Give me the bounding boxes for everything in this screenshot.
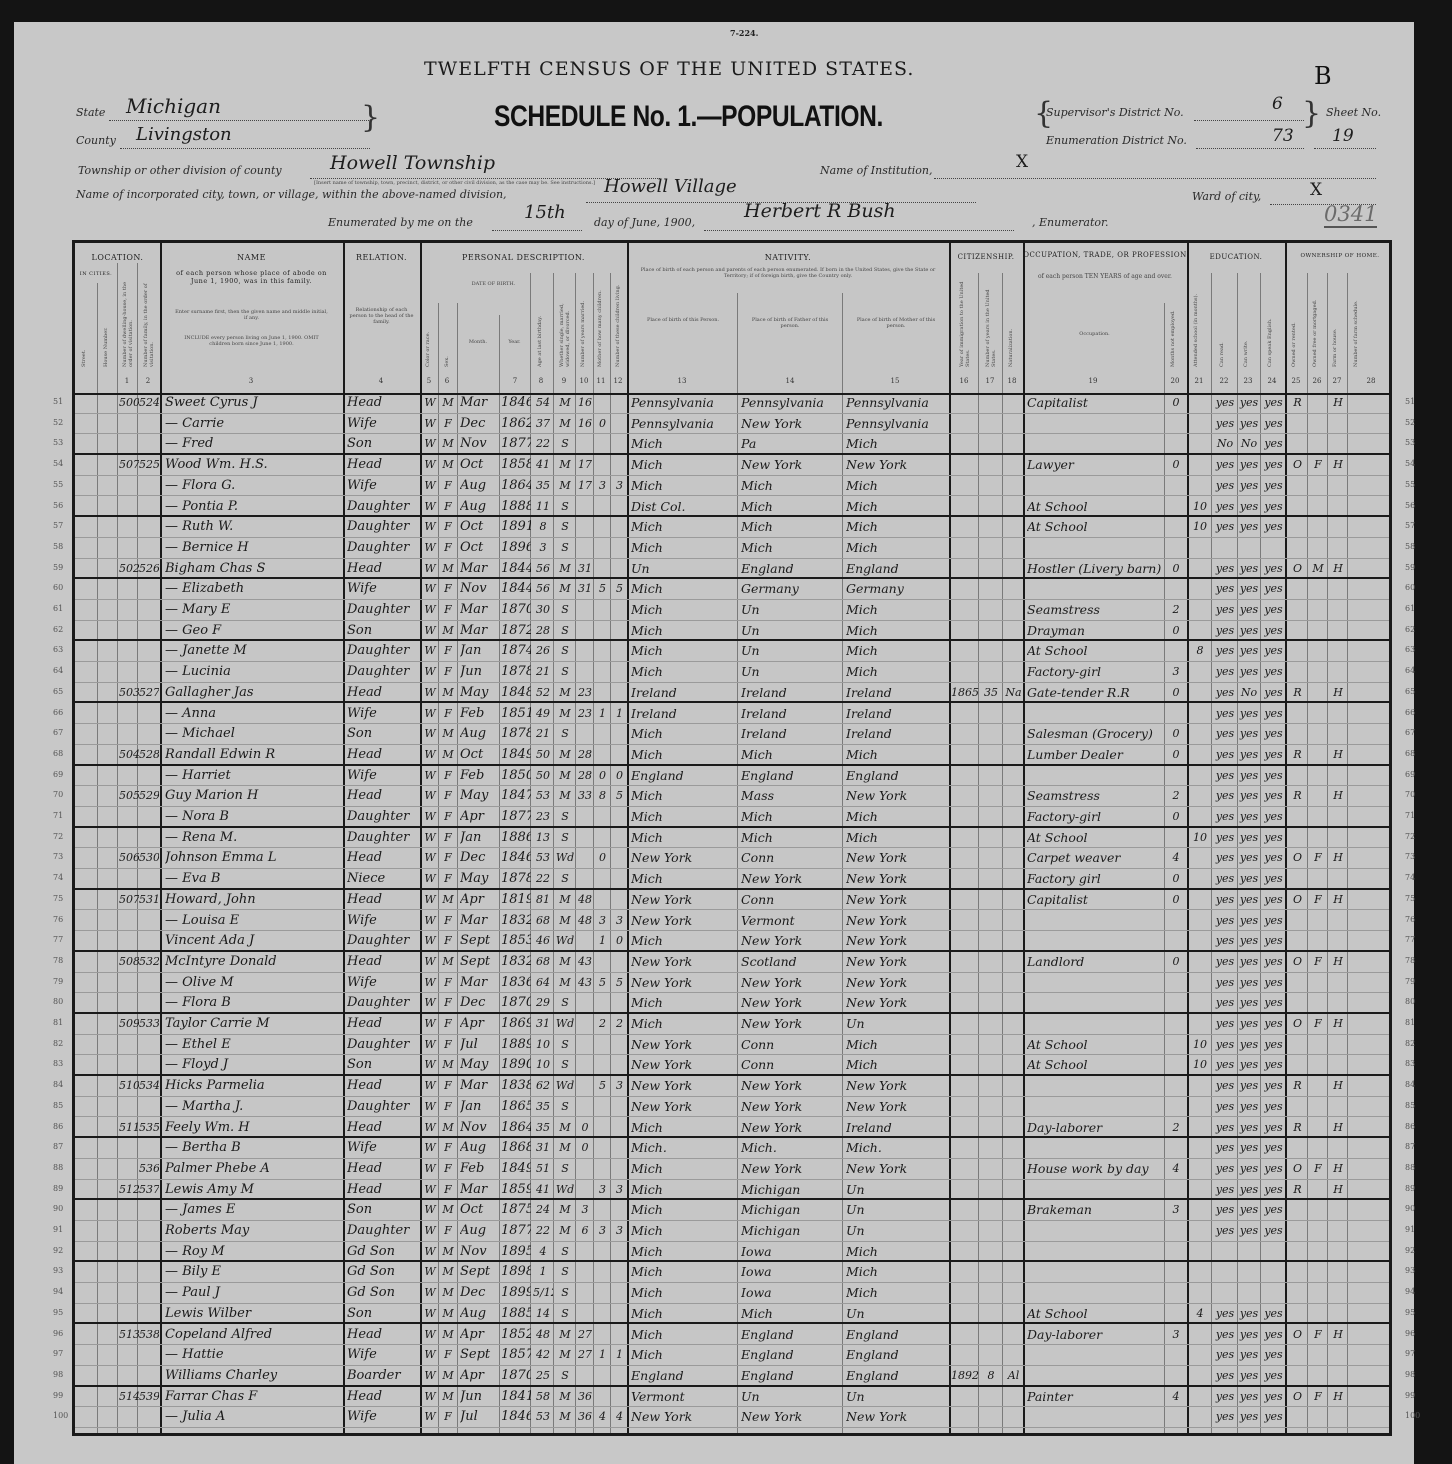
- table-row: — Bily EGd SonWMSept18981SMichIowaMich93…: [75, 1262, 1389, 1283]
- birthplace-person-cell: Mich: [631, 663, 737, 680]
- months-school-cell: 4: [1189, 1305, 1211, 1322]
- line-number: 92: [1405, 1246, 1415, 1255]
- person-name-cell: Williams Charley: [165, 1367, 341, 1384]
- family-number-cell: 525: [139, 456, 159, 473]
- line-number-left: 100: [53, 1411, 68, 1420]
- can-read-cell: yes: [1213, 394, 1237, 411]
- birth-month-cell: Sept: [460, 953, 498, 970]
- mother-of-children-cell: 0: [595, 767, 610, 784]
- sex-cell: F: [441, 912, 455, 929]
- table-row: 500524Sweet Cyrus JHeadWMMar184654M16Pen…: [75, 393, 1389, 414]
- birthplace-father-cell: Mass: [741, 787, 841, 804]
- line-number: 80: [1405, 997, 1415, 1006]
- table-row: 507531Howard, JohnHeadWMApr181981M48New …: [75, 890, 1389, 911]
- birthplace-person-cell: Pennsylvania: [631, 415, 737, 432]
- relation-cell: Head: [347, 456, 419, 473]
- sex-cell: M: [441, 1305, 455, 1322]
- birthplace-mother-cell: Mich: [846, 663, 949, 680]
- marital-status-cell: M: [555, 580, 575, 597]
- birthplace-person-cell: Mich: [631, 932, 737, 949]
- can-write-cell: yes: [1238, 1036, 1260, 1053]
- column-number: 11: [593, 377, 609, 385]
- birth-month-cell: Apr: [460, 1367, 498, 1384]
- table-row: — Pontia P.DaughterWFAug188811SDist Col.…: [75, 497, 1389, 518]
- age-cell: 22: [533, 870, 553, 887]
- person-name-cell: Sweet Cyrus J: [165, 394, 341, 411]
- enumerator-label: , Enumerator.: [1032, 216, 1109, 229]
- header-owned-rented: Owned or rented.: [1291, 293, 1297, 367]
- birthplace-father-cell: England: [741, 767, 841, 784]
- color-race-cell: W: [423, 808, 437, 825]
- relation-cell: Head: [347, 1388, 419, 1405]
- table-row: 504528Randall Edwin RHeadWMOct184950M28M…: [75, 745, 1389, 766]
- can-write-cell: yes: [1238, 601, 1260, 618]
- person-name-cell: — Julia A: [165, 1408, 341, 1425]
- table-row: — Ethel EDaughterWFJul188910SNew YorkCon…: [75, 1035, 1389, 1056]
- birthplace-father-cell: England: [741, 1346, 841, 1363]
- marital-status-cell: S: [555, 1263, 575, 1280]
- children-living-cell: 4: [612, 1408, 627, 1425]
- birth-year-cell: 1853: [501, 932, 531, 949]
- age-cell: 35: [533, 1119, 553, 1136]
- age-cell: 53: [533, 1408, 553, 1425]
- birthplace-father-cell: New York: [741, 415, 841, 432]
- person-name-cell: — Floyd J: [165, 1056, 341, 1073]
- family-number-cell: 536: [139, 1160, 159, 1177]
- village-label: Name of incorporated city, town, or vill…: [76, 188, 507, 201]
- line-number: 63: [1405, 645, 1415, 654]
- can-speak-english-cell: yes: [1262, 601, 1285, 618]
- table-row: — Geo FSonWMMar187228SMichUnMichDrayman0…: [75, 621, 1389, 642]
- schedule-title: SCHEDULE No. 1.—POPULATION.: [494, 100, 883, 134]
- table-row: Lewis WilberSonWMAug188514SMichMichUnAt …: [75, 1304, 1389, 1325]
- can-speak-english-cell: yes: [1262, 932, 1285, 949]
- birth-year-cell: 1872: [501, 622, 531, 639]
- can-read-cell: yes: [1213, 1326, 1237, 1343]
- line-number: 61: [1405, 604, 1415, 613]
- farm-house-cell: H: [1329, 746, 1347, 763]
- person-name-cell: — Carrie: [165, 415, 341, 432]
- birth-year-cell: 1838: [501, 1077, 531, 1094]
- can-read-cell: yes: [1213, 1015, 1237, 1032]
- line-number-left: 52: [53, 418, 63, 427]
- family-number-cell: 535: [139, 1119, 159, 1136]
- header-years-married: Number of years married.: [580, 283, 586, 367]
- color-race-cell: W: [423, 1015, 437, 1032]
- can-write-cell: yes: [1238, 787, 1260, 804]
- occupation-cell: At School: [1027, 829, 1163, 846]
- birthplace-mother-cell: Mich: [846, 829, 949, 846]
- color-race-cell: W: [423, 1326, 437, 1343]
- line-number-left: 66: [53, 708, 63, 717]
- occupation-cell: Carpet weaver: [1027, 849, 1163, 866]
- years-married-cell: 31: [576, 560, 594, 577]
- table-row: — Nora BDaughterWFApr187723SMichMichMich…: [75, 807, 1389, 828]
- line-number: 65: [1405, 687, 1415, 696]
- birthplace-person-cell: Mich: [631, 456, 737, 473]
- relation-cell: Head: [347, 787, 419, 804]
- birthplace-mother-cell: New York: [846, 849, 949, 866]
- birth-month-cell: May: [460, 684, 498, 701]
- person-name-cell: — Olive M: [165, 974, 341, 991]
- table-row: — Paul JGd SonWMDec18995/12SMichIowaMich…: [75, 1283, 1389, 1304]
- occupation-cell: Factory-girl: [1027, 663, 1163, 680]
- table-row: 510534Hicks ParmeliaHeadWFMar183862Wd53N…: [75, 1076, 1389, 1097]
- marital-status-cell: M: [555, 456, 575, 473]
- birthplace-father-cell: England: [741, 1367, 841, 1384]
- line-number: 90: [1405, 1204, 1415, 1213]
- birth-month-cell: Mar: [460, 974, 498, 991]
- birthplace-father-cell: Vermont: [741, 912, 841, 929]
- line-number-left: 56: [53, 501, 63, 510]
- table-row: 502526Bigham Chas SHeadWMMar184456M31UnE…: [75, 559, 1389, 580]
- birthplace-father-cell: Un: [741, 622, 841, 639]
- color-race-cell: W: [423, 1036, 437, 1053]
- age-cell: 54: [533, 394, 553, 411]
- mother-of-children-cell: 5: [595, 974, 610, 991]
- sex-cell: F: [441, 642, 455, 659]
- ward-value: X: [1310, 180, 1322, 200]
- can-speak-english-cell: yes: [1262, 829, 1285, 846]
- table-row: — Julia AWifeWFJul184653M3644New YorkNew…: [75, 1407, 1389, 1428]
- months-unemployed-cell: 3: [1167, 663, 1185, 680]
- column-number: 13: [674, 377, 690, 385]
- occupation-cell: Gate-tender R.R: [1027, 684, 1163, 701]
- marital-status-cell: M: [555, 477, 575, 494]
- can-write-cell: yes: [1238, 1119, 1260, 1136]
- line-number: 53: [1405, 438, 1415, 447]
- can-read-cell: yes: [1213, 1388, 1237, 1405]
- township-label: Township or other division of county: [78, 164, 282, 177]
- can-speak-english-cell: yes: [1262, 891, 1285, 908]
- birth-year-cell: 1844: [501, 560, 531, 577]
- color-race-cell: W: [423, 601, 437, 618]
- age-cell: 31: [533, 1139, 553, 1156]
- age-cell: 68: [533, 953, 553, 970]
- birthplace-father-cell: Ireland: [741, 705, 841, 722]
- marital-status-cell: S: [555, 1305, 575, 1322]
- owned-rented-cell: R: [1288, 1077, 1307, 1094]
- occupation-cell: Seamstress: [1027, 601, 1163, 618]
- birthplace-mother-cell: New York: [846, 953, 949, 970]
- can-speak-english-cell: yes: [1262, 456, 1285, 473]
- sex-cell: F: [441, 974, 455, 991]
- can-read-cell: yes: [1213, 932, 1237, 949]
- relation-cell: Wife: [347, 767, 419, 784]
- birth-month-cell: Sept: [460, 1263, 498, 1280]
- months-school-cell: 10: [1189, 518, 1211, 535]
- person-name-cell: — Bily E: [165, 1263, 341, 1280]
- relation-cell: Daughter: [347, 932, 419, 949]
- can-write-cell: yes: [1238, 1388, 1260, 1405]
- marital-status-cell: M: [555, 891, 575, 908]
- line-number: 66: [1405, 708, 1415, 717]
- table-row: — MichaelSonWMAug187821SMichIrelandIrela…: [75, 724, 1389, 745]
- house-number-cell: 500: [119, 394, 139, 411]
- owned-rented-cell: O: [1288, 1015, 1307, 1032]
- can-read-cell: yes: [1213, 518, 1237, 535]
- color-race-cell: W: [423, 394, 437, 411]
- line-number: 87: [1405, 1142, 1415, 1151]
- birthplace-person-cell: Mich: [631, 787, 737, 804]
- birthplace-father-cell: Mich: [741, 808, 841, 825]
- header-children-living: Number of these children living.: [615, 283, 621, 367]
- birthplace-mother-cell: New York: [846, 456, 949, 473]
- marital-status-cell: Wd: [555, 1181, 575, 1198]
- line-number-left: 54: [53, 459, 63, 468]
- can-speak-english-cell: yes: [1262, 787, 1285, 804]
- line-number: 97: [1405, 1349, 1415, 1358]
- occupation-cell: House work by day: [1027, 1160, 1163, 1177]
- table-row: — Floyd JSonWMMay189010SNew YorkConnMich…: [75, 1055, 1389, 1076]
- can-read-cell: yes: [1213, 601, 1237, 618]
- table-row: — Eva BNieceWFMay187822SMichNew YorkNew …: [75, 869, 1389, 890]
- birthplace-father-cell: Ireland: [741, 725, 841, 742]
- institution-label: Name of Institution,: [820, 164, 932, 177]
- person-name-cell: — Michael: [165, 725, 341, 742]
- table-row: 511535Feely Wm. HHeadWMNov186435M0MichNe…: [75, 1118, 1389, 1139]
- line-number: 51: [1405, 397, 1415, 406]
- age-cell: 81: [533, 891, 553, 908]
- birthplace-person-cell: Mich: [631, 994, 737, 1011]
- birth-month-cell: Oct: [460, 518, 498, 535]
- birthplace-mother-cell: England: [846, 767, 949, 784]
- sex-cell: F: [441, 808, 455, 825]
- occupation-cell: At School: [1027, 1056, 1163, 1073]
- table-row: — Olive MWifeWFMar183664M4355New YorkNew…: [75, 973, 1389, 994]
- line-number-left: 79: [53, 977, 63, 986]
- birth-month-cell: Dec: [460, 415, 498, 432]
- mother-of-children-cell: 3: [595, 1181, 610, 1198]
- can-write-cell: yes: [1238, 1160, 1260, 1177]
- birth-month-cell: Oct: [460, 456, 498, 473]
- birthplace-person-cell: Un: [631, 560, 737, 577]
- can-read-cell: yes: [1213, 415, 1237, 432]
- can-speak-english-cell: yes: [1262, 560, 1285, 577]
- birthplace-father-cell: New York: [741, 932, 841, 949]
- marital-status-cell: Wd: [555, 932, 575, 949]
- person-name-cell: — Roy M: [165, 1243, 341, 1260]
- line-number-left: 59: [53, 563, 63, 572]
- age-cell: 8: [533, 518, 553, 535]
- birthplace-father-cell: England: [741, 560, 841, 577]
- line-number: 77: [1405, 935, 1415, 944]
- birth-year-cell: 1886: [501, 829, 531, 846]
- birthplace-father-cell: Pennsylvania: [741, 394, 841, 411]
- relation-cell: Son: [347, 1305, 419, 1322]
- marital-status-cell: M: [555, 953, 575, 970]
- family-number-cell: 539: [139, 1388, 159, 1405]
- relation-cell: Wife: [347, 1408, 419, 1425]
- years-married-cell: 27: [576, 1326, 594, 1343]
- table-row: 507525Wood Wm. H.S.HeadWMOct185841M17Mic…: [75, 455, 1389, 476]
- can-speak-english-cell: yes: [1262, 1119, 1285, 1136]
- can-read-cell: yes: [1213, 705, 1237, 722]
- marital-status-cell: S: [555, 808, 575, 825]
- can-write-cell: yes: [1238, 663, 1260, 680]
- table-row: 506530Johnson Emma LHeadWFDec184653Wd0Ne…: [75, 848, 1389, 869]
- can-write-cell: yes: [1238, 622, 1260, 639]
- header-farm-schedule: Number of farm schedule.: [1353, 279, 1359, 367]
- birthplace-mother-cell: Pennsylvania: [846, 394, 949, 411]
- birth-year-cell: 1875: [501, 1201, 531, 1218]
- birth-year-cell: 1862: [501, 415, 531, 432]
- can-write-cell: yes: [1238, 829, 1260, 846]
- birthplace-person-cell: Mich: [631, 1305, 737, 1322]
- age-cell: 42: [533, 1346, 553, 1363]
- birth-month-cell: Jun: [460, 663, 498, 680]
- free-mortgaged-cell: M: [1309, 560, 1327, 577]
- owned-rented-cell: O: [1288, 1326, 1307, 1343]
- sex-cell: F: [441, 932, 455, 949]
- house-number-cell: 502: [119, 560, 139, 577]
- owned-rented-cell: R: [1288, 746, 1307, 763]
- marital-status-cell: S: [555, 1098, 575, 1115]
- color-race-cell: W: [423, 518, 437, 535]
- header-relation: RELATION.: [343, 253, 420, 262]
- header-can-write: Can write.: [1243, 313, 1249, 367]
- color-race-cell: W: [423, 705, 437, 722]
- can-write-cell: yes: [1238, 1326, 1260, 1343]
- can-read-cell: yes: [1213, 746, 1237, 763]
- can-write-cell: yes: [1238, 1181, 1260, 1198]
- line-number: 95: [1405, 1308, 1415, 1317]
- marital-status-cell: M: [555, 1222, 575, 1239]
- relation-cell: Head: [347, 1119, 419, 1136]
- birth-month-cell: May: [460, 870, 498, 887]
- line-number: 81: [1405, 1018, 1415, 1027]
- birthplace-mother-cell: Mich: [846, 498, 949, 515]
- months-school-cell: 8: [1189, 642, 1211, 659]
- age-cell: 35: [533, 1098, 553, 1115]
- can-read-cell: yes: [1213, 829, 1237, 846]
- column-number: 5: [421, 377, 437, 385]
- age-cell: 29: [533, 994, 553, 1011]
- birthplace-person-cell: New York: [631, 1056, 737, 1073]
- birth-year-cell: 1878: [501, 663, 531, 680]
- person-name-cell: — Ethel E: [165, 1036, 341, 1053]
- farm-house-cell: H: [1329, 560, 1347, 577]
- birth-year-cell: 1849: [501, 1160, 531, 1177]
- years-married-cell: 0: [576, 1139, 594, 1156]
- house-number-cell: 506: [119, 849, 139, 866]
- birth-month-cell: Mar: [460, 1181, 498, 1198]
- birth-year-cell: 1896: [501, 539, 531, 556]
- color-race-cell: W: [423, 1160, 437, 1177]
- can-write-cell: yes: [1238, 456, 1260, 473]
- children-living-cell: 0: [612, 767, 627, 784]
- years-married-cell: 43: [576, 953, 594, 970]
- children-living-cell: 1: [612, 705, 627, 722]
- age-cell: 62: [533, 1077, 553, 1094]
- birth-month-cell: Mar: [460, 560, 498, 577]
- birth-year-cell: 1874: [501, 642, 531, 659]
- color-race-cell: W: [423, 1388, 437, 1405]
- age-cell: 24: [533, 1201, 553, 1218]
- column-number: 3: [243, 377, 259, 385]
- age-cell: 10: [533, 1056, 553, 1073]
- birthplace-person-cell: Mich: [631, 601, 737, 618]
- color-race-cell: W: [423, 767, 437, 784]
- birthplace-father-cell: Scotland: [741, 953, 841, 970]
- can-read-cell: yes: [1213, 767, 1237, 784]
- years-married-cell: 16: [576, 415, 594, 432]
- birth-month-cell: Jan: [460, 1098, 498, 1115]
- mother-of-children-cell: 8: [595, 787, 610, 804]
- age-cell: 11: [533, 498, 553, 515]
- age-cell: 56: [533, 580, 553, 597]
- header-street: Street.: [81, 317, 87, 367]
- color-race-cell: W: [423, 746, 437, 763]
- line-number-left: 82: [53, 1039, 63, 1048]
- enumerated-day: 15th: [524, 202, 566, 223]
- column-number: 27: [1329, 377, 1345, 385]
- months-unemployed-cell: 0: [1167, 808, 1185, 825]
- age-cell: 25: [533, 1367, 553, 1384]
- relation-cell: Daughter: [347, 1222, 419, 1239]
- line-number: 88: [1405, 1163, 1415, 1172]
- line-number: 74: [1405, 873, 1415, 882]
- can-write-cell: yes: [1238, 498, 1260, 515]
- mother-of-children-cell: 1: [595, 932, 610, 949]
- table-row: — Mary EDaughterWFMar187030SMichUnMichSe…: [75, 600, 1389, 621]
- can-write-cell: yes: [1238, 1077, 1260, 1094]
- table-row: 536Palmer Phebe AHeadWFFeb184951SMichNew…: [75, 1159, 1389, 1180]
- can-write-cell: yes: [1238, 808, 1260, 825]
- house-number-cell: 514: [119, 1388, 139, 1405]
- birthplace-father-cell: Mich: [741, 829, 841, 846]
- line-number: 79: [1405, 977, 1415, 986]
- months-unemployed-cell: 0: [1167, 622, 1185, 639]
- birthplace-mother-cell: New York: [846, 870, 949, 887]
- township-value: Howell Township: [330, 152, 495, 174]
- sex-cell: F: [441, 994, 455, 1011]
- marital-status-cell: M: [555, 1326, 575, 1343]
- header-name-note2: INCLUDE every person living on June 1, 1…: [175, 335, 328, 347]
- color-race-cell: W: [423, 849, 437, 866]
- birth-month-cell: Apr: [460, 808, 498, 825]
- can-speak-english-cell: yes: [1262, 1160, 1285, 1177]
- line-number: 59: [1405, 563, 1415, 572]
- birth-year-cell: 1878: [501, 725, 531, 742]
- line-number-left: 99: [53, 1391, 63, 1400]
- table-row: Williams CharleyBoarderWMApr187025SEngla…: [75, 1366, 1389, 1387]
- color-race-cell: W: [423, 1367, 437, 1384]
- birthplace-mother-cell: Pennsylvania: [846, 415, 949, 432]
- sex-cell: F: [441, 1160, 455, 1177]
- years-in-us-cell: 8: [980, 1367, 1002, 1384]
- birth-month-cell: Apr: [460, 1326, 498, 1343]
- sex-cell: F: [441, 829, 455, 846]
- person-name-cell: — Bertha B: [165, 1139, 341, 1156]
- years-married-cell: 23: [576, 705, 594, 722]
- birth-month-cell: May: [460, 1056, 498, 1073]
- birth-month-cell: Nov: [460, 1119, 498, 1136]
- family-number-cell: 524: [139, 394, 159, 411]
- enumerated-label: Enumerated by me on the: [328, 216, 473, 229]
- line-number: 62: [1405, 625, 1415, 634]
- header-nativity: NATIVITY.: [627, 253, 949, 262]
- relation-cell: Daughter: [347, 498, 419, 515]
- birth-month-cell: Dec: [460, 1284, 498, 1301]
- can-write-cell: yes: [1238, 1015, 1260, 1032]
- line-number-left: 73: [53, 852, 63, 861]
- birth-month-cell: Mar: [460, 912, 498, 929]
- birth-year-cell: 1819: [501, 891, 531, 908]
- table-row: 513538Copeland AlfredHeadWMApr185248M27M…: [75, 1325, 1389, 1346]
- person-name-cell: Farrar Chas F: [165, 1388, 341, 1405]
- line-number-left: 62: [53, 625, 63, 634]
